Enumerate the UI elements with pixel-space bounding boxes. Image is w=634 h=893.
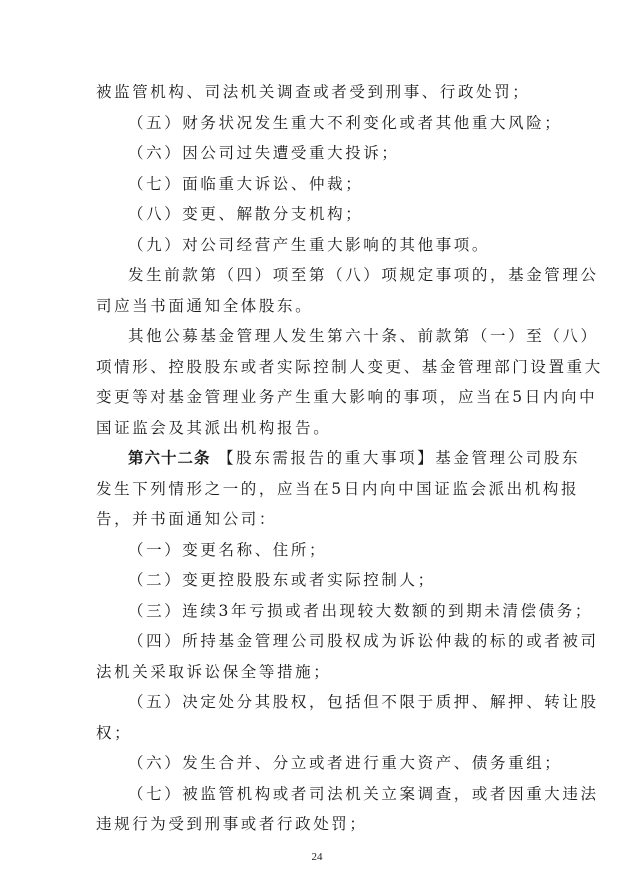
list-item-1: （一）变更名称、住所； [96, 535, 542, 566]
paragraph-line: 其他公募基金管理人发生第六十条、前款第（一）至（八） [96, 321, 542, 352]
paragraph-line: 司应当书面通知全体股东。 [96, 291, 542, 322]
list-item-7b-cont: 违规行为受到刑事或者行政处罚； [96, 809, 542, 840]
list-item-5b-cont: 权； [96, 718, 542, 749]
paragraph-line: 项情形、控股股东或者实际控制人变更、基金管理部门设置重大 [96, 352, 542, 383]
document-body: 被监管机构、司法机关调查或者受到刑事、行政处罚； （五）财务状况发生重大不利变化… [96, 77, 542, 840]
paragraph-line: 发生前款第（四）项至第（八）项规定事项的，基金管理公 [96, 260, 542, 291]
list-item-6: （六）因公司过失遭受重大投诉； [96, 138, 542, 169]
list-item-4-cont: 法机关采取诉讼保全等措施； [96, 657, 542, 688]
list-item-3: （三）连续3年亏损或者出现较大数额的到期未清偿债务； [96, 596, 542, 627]
list-item-2: （二）变更控股股东或者实际控制人； [96, 565, 542, 596]
list-item-5b: （五）决定处分其股权，包括但不限于质押、解押、转让股 [96, 687, 542, 718]
list-item-8: （八）变更、解散分支机构； [96, 199, 542, 230]
article-number: 第六十二条 [128, 448, 211, 467]
list-item-5: （五）财务状况发生重大不利变化或者其他重大风险； [96, 108, 542, 139]
paragraph-line: 变更等对基金管理业务产生重大影响的事项，应当在5日内向中 [96, 382, 542, 413]
list-item-9: （九）对公司经营产生重大影响的其他事项。 [96, 230, 542, 261]
document-page: 被监管机构、司法机关调查或者受到刑事、行政处罚； （五）财务状况发生重大不利变化… [0, 0, 634, 893]
list-item-7: （七）面临重大诉讼、仲裁； [96, 169, 542, 200]
paragraph-line: 国证监会及其派出机构报告。 [96, 413, 542, 444]
list-item-7b: （七）被监管机构或者司法机关立案调查，或者因重大违法 [96, 779, 542, 810]
list-item-6b: （六）发生合并、分立或者进行重大资产、债务重组； [96, 748, 542, 779]
paragraph-line: 告，并书面通知公司： [96, 504, 542, 535]
article-heading-line: 第六十二条 【股东需报告的重大事项】基金管理公司股东 [96, 443, 542, 474]
article-title-text: 【股东需报告的重大事项】基金管理公司股东 [218, 449, 580, 467]
page-number: 24 [0, 851, 634, 863]
paragraph-line: 发生下列情形之一的，应当在5日内向中国证监会派出机构报 [96, 474, 542, 505]
list-item-4: （四）所持基金管理公司股权成为诉讼仲裁的标的或者被司 [96, 626, 542, 657]
text-line: 被监管机构、司法机关调查或者受到刑事、行政处罚； [96, 77, 542, 108]
